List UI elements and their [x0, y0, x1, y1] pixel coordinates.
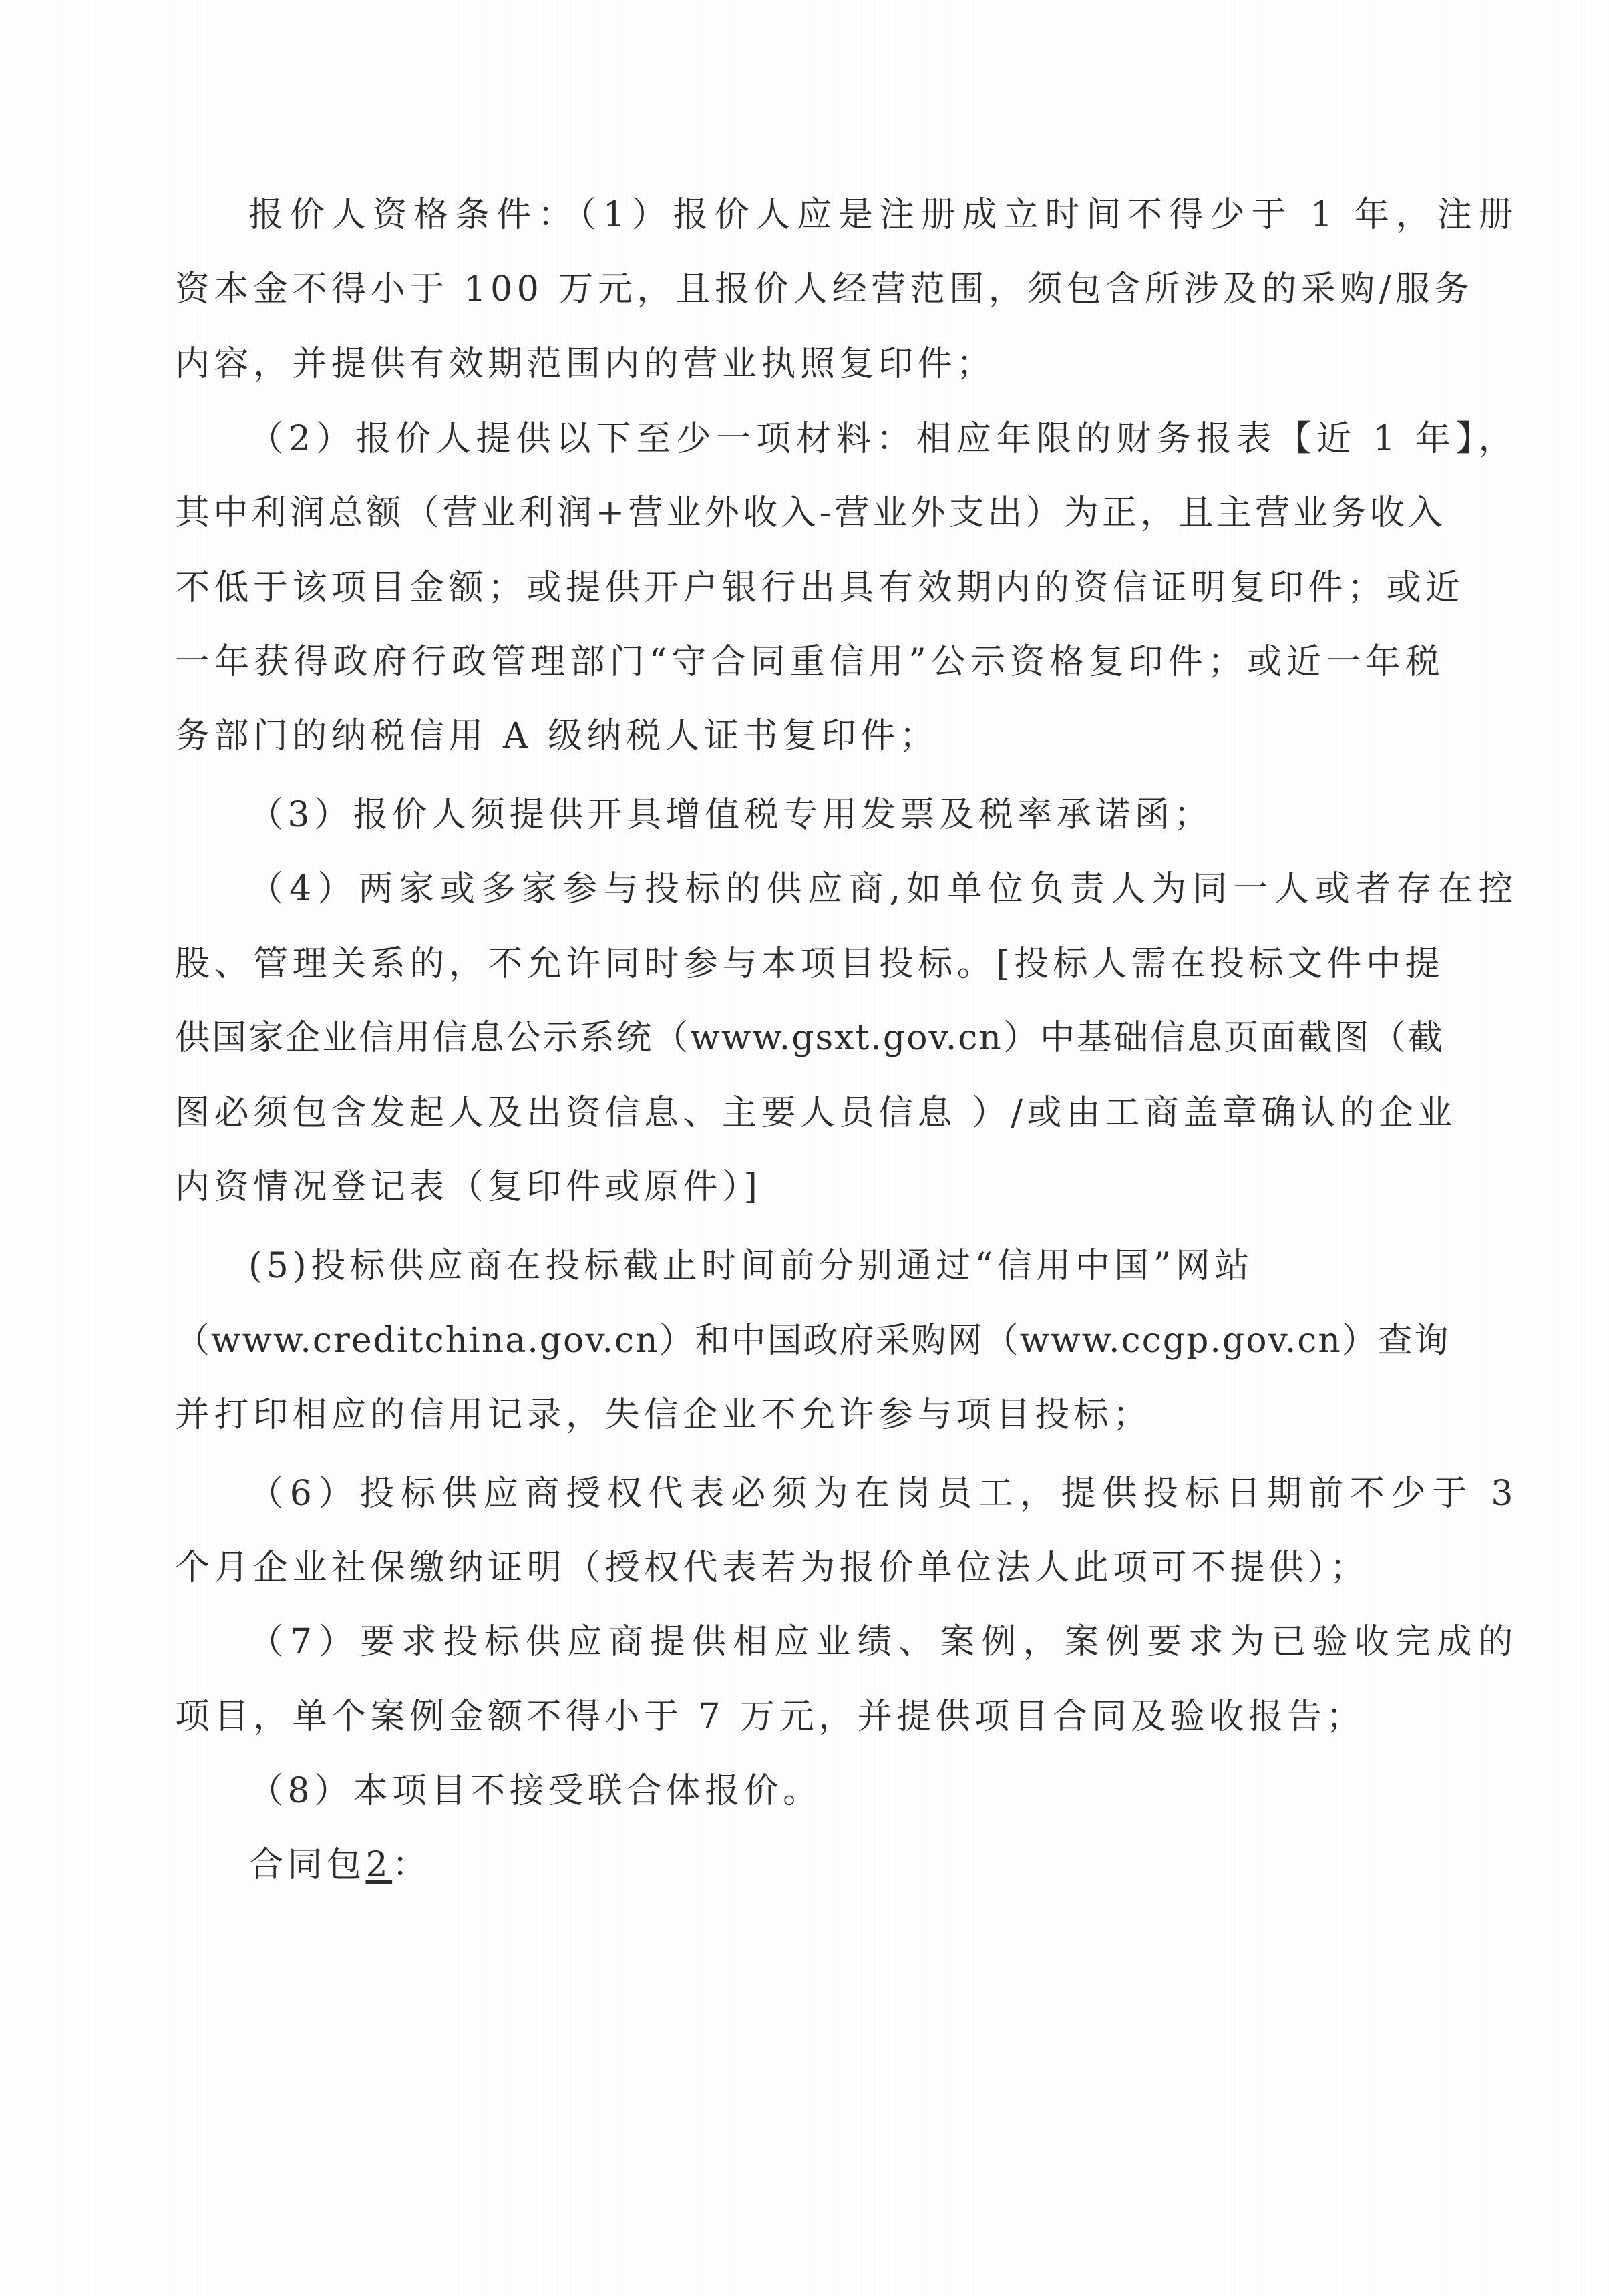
qualification-7-line-1: （7）要求投标供应商提供相应业绩、案例，案例要求为已验收完成的 [248, 1615, 1517, 1669]
qualification-4-line-3: 供国家企业信用信息公示系统（www.gsxt.gov.cn）中基础信息页面截图（… [175, 1011, 1444, 1065]
contract-package-label: 合同包 [248, 1845, 366, 1885]
qualification-3-line-1: （3）报价人须提供开具增值税专用发票及税率承诺函； [248, 788, 1517, 842]
qualification-8-line-1: （8）本项目不接受联合体报价。 [248, 1764, 1517, 1818]
qualification-2-line-3: 不低于该项目金额；或提供开户银行出具有效期内的资信证明复印件；或近 [175, 561, 1444, 615]
qualification-5-line-3: 并打印相应的信用记录，失信企业不允许参与项目投标； [175, 1388, 1444, 1442]
contract-package-colon: ： [392, 1845, 431, 1885]
qualification-6-line-2: 个月企业社保缴纳证明（授权代表若为报价单位法人此项可不提供）； [175, 1541, 1444, 1595]
qualification-2-line-4: 一年获得政府行政管理部门“守合同重信用”公示资格复印件；或近一年税 [175, 635, 1444, 689]
qualification-5-line-2: （www.creditchina.gov.cn）和中国政府采购网（www.ccg… [175, 1314, 1444, 1367]
qualification-1-line-3: 内容，并提供有效期范围内的营业执照复印件； [175, 337, 1444, 391]
qualification-5-line-1: (5)投标供应商在投标截止时间前分别通过“信用中国”网站 [248, 1239, 1517, 1293]
contract-package-number: 2 [366, 1845, 393, 1885]
qualification-7-line-2: 项目，单个案例金额不得小于 7 万元，并提供项目合同及验收报告； [175, 1690, 1444, 1744]
qualification-2-line-5: 务部门的纳税信用 A 级纳税人证书复印件； [175, 709, 1444, 763]
qualification-6-line-1: （6）投标供应商授权代表必须为在岗员工，提供投标日期前不少于 3 [248, 1467, 1517, 1520]
scanned-document-page: 报价人资格条件：（1）报价人应是注册成立时间不得少于 1 年，注册 资本金不得小… [0, 0, 1609, 2296]
qualification-4-line-2: 股、管理关系的，不允许同时参与本项目投标。[投标人需在投标文件中提 [175, 937, 1444, 991]
qualification-1-line-2: 资本金不得小于 100 万元，且报价人经营范围，须包含所涉及的采购/服务 [175, 263, 1444, 316]
qualification-4-line-5: 内资情况登记表（复印件或原件）] [175, 1160, 1444, 1214]
qualification-4-line-1: （4）两家或多家参与投标的供应商,如单位负责人为同一人或者存在控 [248, 862, 1517, 916]
qualification-1-line-1: 报价人资格条件：（1）报价人应是注册成立时间不得少于 1 年，注册 [248, 188, 1517, 242]
qualification-2-line-1: （2）报价人提供以下至少一项材料：相应年限的财务报表【近 1 年】， [248, 412, 1517, 466]
qualification-2-line-2: 其中利润总额（营业利润+营业外收入-营业外支出）为正，且主营业务收入 [175, 486, 1444, 540]
contract-package-heading: 合同包2： [248, 1838, 1517, 1892]
qualification-4-line-4: 图必须包含发起人及出资信息、主要人员信息 ）/或由工商盖章确认的企业 [175, 1086, 1444, 1140]
